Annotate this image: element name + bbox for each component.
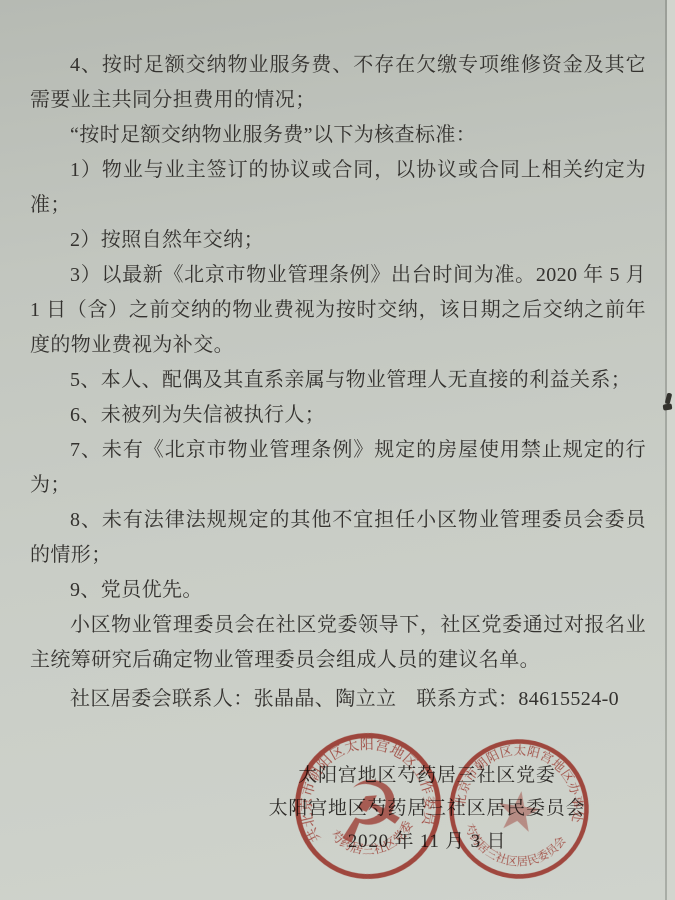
- scanned-document-page: 4、按时足额交纳物业服务费、不存在欠缴专项维修资金及其它需要业主共同分担费用的情…: [0, 0, 675, 900]
- paragraph: 6、未被列为失信被执行人；: [30, 398, 646, 433]
- residents-committee-stamp: 北京市朝阳区太阳宫地区办事处 芍药居三社区居民委员会 ★: [439, 729, 599, 889]
- document-body: 4、按时足额交纳物业服务费、不存在欠缴专项维修资金及其它需要业主共同分担费用的情…: [30, 48, 646, 678]
- paragraph: 2）按照自然年交纳；: [30, 223, 646, 258]
- party-committee-stamp: 中共北京市朝阳区太阳宫地区工作委员会 芍药居三社区党委 ☭: [283, 721, 452, 890]
- ink-smudge: [663, 403, 673, 410]
- paragraph: 5、本人、配偶及其直系亲属与物业管理人无直接的利益关系；: [30, 363, 646, 398]
- paragraph: 4、按时足额交纳物业服务费、不存在欠缴专项维修资金及其它需要业主共同分担费用的情…: [30, 48, 646, 118]
- paragraph: 8、未有法律法规规定的其他不宜担任小区物业管理委员会委员的情形；: [30, 503, 646, 573]
- paragraph: “按时足额交纳物业服务费”以下为核查标准：: [30, 118, 646, 153]
- contact-phone: 联系方式：84615524-0: [416, 685, 619, 713]
- paper-fold-line: [665, 0, 667, 900]
- paper-edge-strip: [667, 0, 675, 900]
- paragraph: 3）以最新《北京市物业管理条例》出台时间为准。2020 年 5 月 1 日（含）…: [30, 258, 646, 363]
- paragraph: 9、党员优先。: [30, 573, 646, 608]
- paragraph: 1）物业与业主签订的协议或合同，以协议或合同上相关约定为准；: [30, 153, 646, 223]
- paragraph: 7、未有《北京市物业管理条例》规定的房屋使用禁止规定的行为；: [30, 433, 646, 503]
- paragraph: 小区物业管理委员会在社区党委领导下，社区党委通过对报名业主统筹研究后确定物业管理…: [30, 608, 646, 678]
- contact-person: 社区居委会联系人：张晶晶、陶立立: [70, 685, 396, 713]
- contact-line: 社区居委会联系人：张晶晶、陶立立 联系方式：84615524-0: [30, 685, 646, 713]
- hammer-sickle-icon: ☭: [326, 760, 412, 864]
- star-icon: ★: [490, 777, 547, 846]
